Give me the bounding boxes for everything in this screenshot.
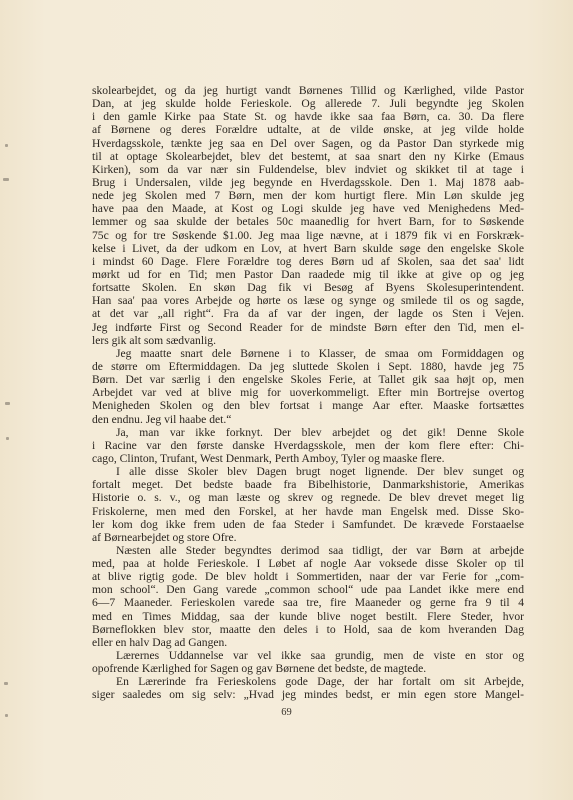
margin-speck bbox=[4, 682, 8, 685]
text-line: til at optage Skolearbejdet, blev det be… bbox=[92, 150, 524, 163]
text-line: i Racine var den første danske Hverdagss… bbox=[92, 439, 524, 452]
text-line: Kirken), som da var nær sin Fuldendelse,… bbox=[92, 163, 524, 176]
text-line: fortsatte Skolen. En skøn Dag fik vi Bes… bbox=[92, 281, 524, 294]
text-line: En Lærerinde fra Ferieskolens gode Dage,… bbox=[92, 675, 524, 688]
text-line: Næsten alle Steder begyndtes derimod saa… bbox=[92, 544, 524, 557]
text-line: 75c og for tre Søskende $1.00. Jeg maa l… bbox=[92, 229, 524, 242]
text-line: siger saaledes om sig selv: „Hvad jeg mi… bbox=[92, 688, 524, 701]
text-line: Historie o. s. v., og man læste og skrev… bbox=[92, 491, 524, 504]
text-line: Jeg maatte snart dele Børnene i to Klass… bbox=[92, 347, 524, 360]
text-line: cago, Clinton, Trufant, West Denmark, Pe… bbox=[92, 452, 524, 465]
text-line: lemmer og saa skulde der betales 50c maa… bbox=[92, 215, 524, 228]
text-line: i mindst 60 Dage. Flere Forældre tog der… bbox=[92, 255, 524, 268]
text-line: i den gamle Kirke paa State St. og havde… bbox=[92, 110, 524, 123]
text-line: Friskolerne, men med den Forskel, at her… bbox=[92, 505, 524, 518]
text-line: Arbejdet var ved at blive mig for uoverk… bbox=[92, 386, 524, 399]
margin-speck bbox=[3, 178, 9, 181]
text-line: mørkt ud for en Tid; men Pastor Dan raad… bbox=[92, 268, 524, 281]
text-line: Hverdagsskole, tænkte jeg saa en Del ove… bbox=[92, 137, 524, 150]
text-line: 6—7 Maaneder. Ferieskolen varede saa tre… bbox=[92, 596, 524, 609]
page-number: 69 bbox=[0, 707, 573, 718]
text-line: mon school“. Den Gang varede „common sch… bbox=[92, 583, 524, 596]
text-line: at det var „all right“. Fra da af var de… bbox=[92, 307, 524, 320]
text-line: opofrende Kærlighed for Sagen og gav Bør… bbox=[92, 662, 524, 675]
text-line: ler kom dog ikke frem uden de faa Steder… bbox=[92, 518, 524, 531]
text-line: Børn. Det var særlig i den engelske Skol… bbox=[92, 373, 524, 386]
text-line: Lærernes Uddannelse var vel ikke saa gru… bbox=[92, 649, 524, 662]
text-line: de større om Eftermiddagen. Da jeg slutt… bbox=[92, 360, 524, 373]
text-line: Brug i Undersalen, vilde jeg begynde en … bbox=[92, 176, 524, 189]
text-line: kelse i Livet, da der udkom en Lov, at h… bbox=[92, 242, 524, 255]
text-line: med en Times Middag, saa der kunde blive… bbox=[92, 610, 524, 623]
margin-speck bbox=[5, 144, 8, 147]
text-line: af Børnearbejdet og store Ofre. bbox=[92, 531, 524, 544]
text-line: Ja, man var ikke forknyt. Der blev arbej… bbox=[92, 426, 524, 439]
text-line: Menigheden Skolen og den blev fortsat i … bbox=[92, 399, 524, 412]
text-line: med, paa at holde Ferieskole. I Løbet af… bbox=[92, 557, 524, 570]
body-text: skolearbejdet, og da jeg hurtigt vandt B… bbox=[92, 84, 524, 702]
margin-speck bbox=[6, 437, 9, 440]
text-line: fortalt meget. Det bedste baade fra Bibe… bbox=[92, 478, 524, 491]
text-line: skolearbejdet, og da jeg hurtigt vandt B… bbox=[92, 84, 524, 97]
text-line: lers gik alt som sædvanlig. bbox=[92, 334, 524, 347]
text-line: Jeg indførte First og Second Reader for … bbox=[92, 321, 524, 334]
text-line: I alle disse Skoler blev Dagen brugt nog… bbox=[92, 465, 524, 478]
text-line: af Børnene og deres Forældre udtalte, at… bbox=[92, 123, 524, 136]
text-line: eller en halv Dag ad Gangen. bbox=[92, 636, 524, 649]
text-line: den endnu. Jeg vil haabe det.“ bbox=[92, 413, 524, 426]
text-line: Dan, at jeg skulde holde Ferieskole. Og … bbox=[92, 97, 524, 110]
text-line: at blive rigtig gode. De blev holdt i So… bbox=[92, 570, 524, 583]
text-line: Børneflokken blev stor, maatte den deles… bbox=[92, 623, 524, 636]
margin-speck bbox=[5, 402, 10, 405]
scanned-page: skolearbejdet, og da jeg hurtigt vandt B… bbox=[0, 0, 573, 800]
text-line: Han saa' paa vores Arbejde og hørte os l… bbox=[92, 294, 524, 307]
text-line: nede jeg Skolen med 7 Børn, men der kom … bbox=[92, 189, 524, 202]
text-line: have paa den Maade, at Kost og Logi skul… bbox=[92, 202, 524, 215]
